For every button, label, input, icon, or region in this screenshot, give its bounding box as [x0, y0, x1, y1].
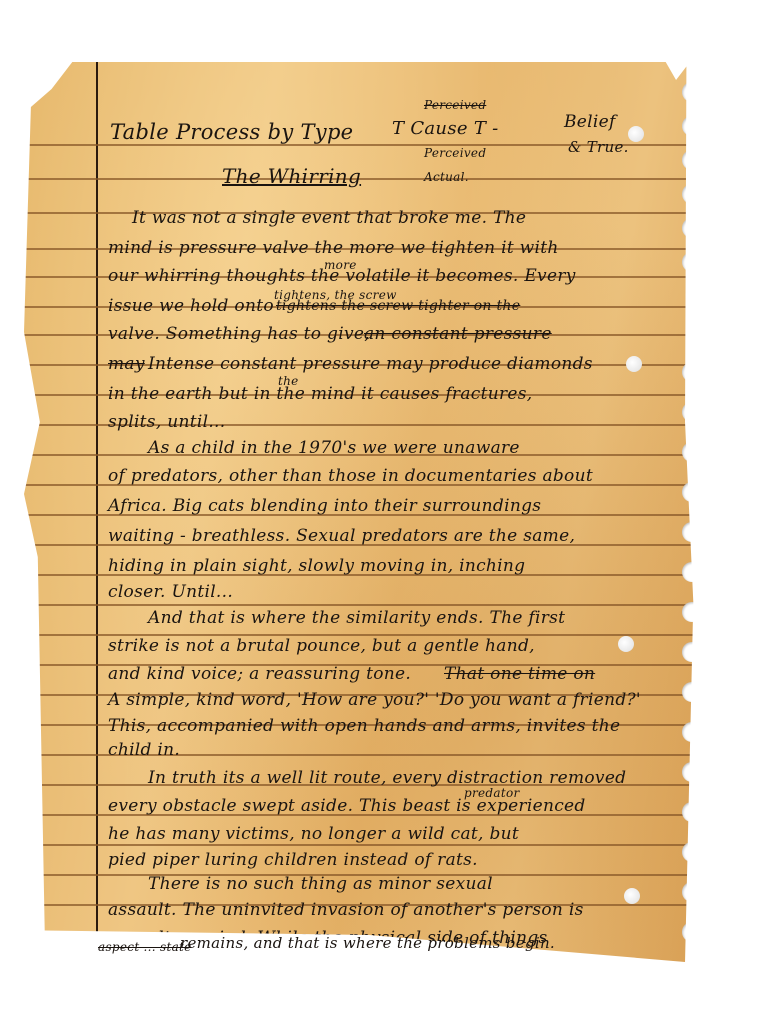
- torn-lined-paper: Table Process by Type Perceived T Cause …: [24, 62, 714, 962]
- binder-hole: [682, 882, 702, 902]
- body-line: in the earth but in the mind it causes f…: [108, 384, 533, 404]
- binder-hole: [682, 402, 702, 422]
- struck-text: the: [464, 954, 489, 972]
- punch-hole: [628, 126, 644, 142]
- body-line: pied piper luring children instead of ra…: [108, 850, 478, 870]
- body-line: every obstacle swept aside. This beast i…: [108, 796, 586, 816]
- cause-annotation: T Cause T -: [392, 118, 499, 139]
- body-line: our whirring thoughts the volatile it be…: [108, 266, 576, 286]
- body-line: assault. The uninvited invasion of anoth…: [108, 900, 584, 920]
- ruled-line: [24, 178, 714, 180]
- binder-hole: [682, 218, 702, 238]
- body-line: This, accompanied with open hands and ar…: [108, 716, 620, 736]
- binder-hole: [682, 682, 702, 702]
- struck-text: That one time on: [444, 664, 595, 684]
- struck-text: aspect ... state: [98, 940, 192, 954]
- body-line: And that is where the similarity ends. T…: [148, 608, 565, 628]
- body-line: A simple, kind word, 'How are you?' 'Do …: [108, 690, 641, 710]
- body-line: splits, until...: [108, 412, 225, 432]
- binder-hole: [682, 642, 702, 662]
- body-line: waiting - breathless. Sexual predators a…: [108, 526, 575, 546]
- binder-hole: [682, 762, 702, 782]
- body-line: issue we hold onto: [108, 296, 274, 316]
- body-line: valve. Something has to give,: [108, 324, 370, 344]
- margin-line: [96, 62, 98, 962]
- body-line: strike is not a brutal pounce, but a gen…: [108, 636, 535, 656]
- binder-hole: [682, 522, 702, 542]
- binder-hole: [682, 842, 702, 862]
- binder-hole: [682, 150, 702, 170]
- body-line: he has many victims, no longer a wild ca…: [108, 824, 519, 844]
- body-line: has an end, hopefully, however prolonged…: [108, 954, 442, 972]
- ruled-line: [24, 604, 714, 606]
- body-line: child in.: [108, 740, 180, 760]
- body-line: and kind voice; a reassuring tone.: [108, 664, 411, 684]
- body-line: There is no such thing as minor sexual: [148, 874, 493, 894]
- struck-text: may: [108, 354, 145, 374]
- body-line: of predators, other than those in docume…: [108, 466, 593, 486]
- binder-hole: [682, 116, 702, 136]
- body-line: closer. Until...: [108, 582, 233, 602]
- binder-hole: [682, 922, 702, 942]
- perceived-annotation: Perceived: [424, 146, 486, 160]
- body-line: Intense constant pressure may produce di…: [148, 354, 593, 374]
- binder-hole: [682, 482, 702, 502]
- body-line: As a child in the 1970's we were unaware: [148, 438, 520, 458]
- body-line: Africa. Big cats blending into their sur…: [108, 496, 541, 516]
- body-line: mind is pressure valve the more we tight…: [108, 238, 559, 258]
- binder-hole: [682, 184, 702, 204]
- body-line: It was not a single event that broke me.…: [132, 208, 526, 228]
- body-line-continuation: The mental: [504, 954, 593, 972]
- actual-annotation: Actual.: [424, 170, 469, 184]
- binder-hole: [682, 602, 702, 622]
- body-line: hiding in plain sight, slowly moving in,…: [108, 556, 525, 576]
- punch-hole: [624, 888, 640, 904]
- title-line: Table Process by Type: [110, 120, 353, 144]
- body-line: remains, and that is where the problems …: [180, 934, 555, 952]
- binder-hole: [682, 252, 702, 272]
- struck-annotation: Perceived: [424, 98, 486, 112]
- struck-text: tightens the screw tighter on the: [276, 298, 520, 314]
- binder-hole: [682, 82, 702, 102]
- punch-hole: [626, 356, 642, 372]
- punch-hole: [618, 636, 634, 652]
- binder-hole: [682, 562, 702, 582]
- binder-hole: [682, 442, 702, 462]
- ruled-line: [24, 844, 714, 846]
- struck-text: an constant pressure: [364, 324, 552, 344]
- binder-hole: [682, 802, 702, 822]
- belief-annotation: Belief: [564, 112, 616, 132]
- subtitle: The Whirring: [222, 164, 361, 188]
- binder-hole: [682, 722, 702, 742]
- body-line: In truth its a well lit route, every dis…: [148, 768, 626, 788]
- binder-hole: [682, 362, 702, 382]
- true-annotation: & True.: [568, 138, 629, 156]
